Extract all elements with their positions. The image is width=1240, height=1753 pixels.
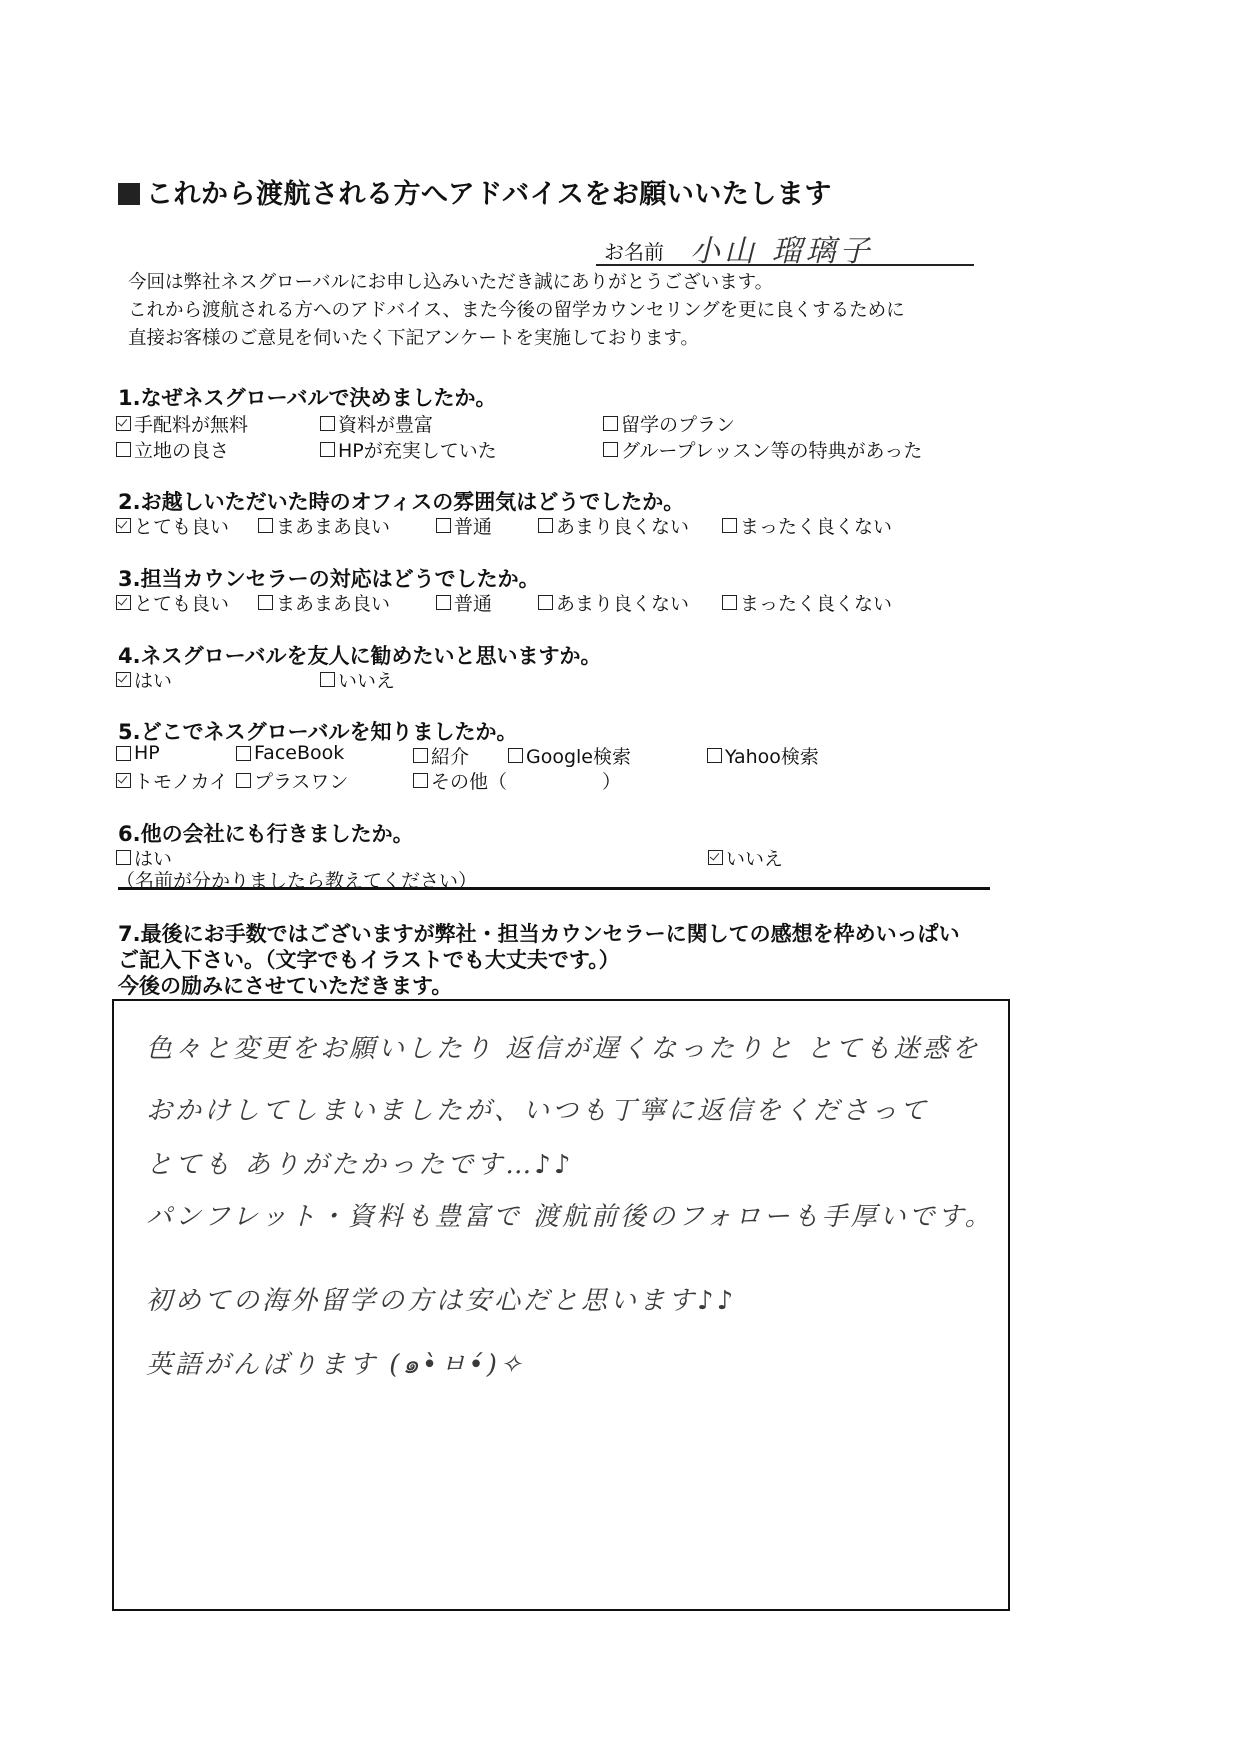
q2-option-normal[interactable]: 普通 xyxy=(436,512,492,539)
checkbox-icon[interactable] xyxy=(538,595,553,610)
option-label: 手配料が無料 xyxy=(134,410,248,437)
option-label: とても良い xyxy=(134,589,229,616)
option-label: まったく良くない xyxy=(740,512,892,539)
checkbox-checked-icon[interactable] xyxy=(116,416,131,431)
q2-option-not-good[interactable]: あまり良くない xyxy=(538,512,689,539)
checkbox-icon[interactable] xyxy=(603,442,618,457)
option-label: あまり良くない xyxy=(556,512,689,539)
checkbox-icon[interactable] xyxy=(436,595,451,610)
q5-option-facebook[interactable]: FaceBook xyxy=(236,742,344,764)
q5-option-hp[interactable]: HP xyxy=(116,742,160,764)
intro-line-2: これから渡航される方へのアドバイス、また今後の留学カウンセリングを更に良くするた… xyxy=(128,296,905,322)
option-label: まあまあ良い xyxy=(276,512,390,539)
intro-line-3: 直接お客様のご意見を伺いたく下記アンケートを実施しております。 xyxy=(128,324,699,350)
checkbox-icon[interactable] xyxy=(722,595,737,610)
q3-option-not-good-at-all[interactable]: まったく良くない xyxy=(722,589,892,616)
option-label: 普通 xyxy=(454,589,492,616)
comment-line-1: 色々と変更をお願いしたり 返信が遅くなったりと とても迷惑を xyxy=(146,1028,981,1065)
checkbox-icon[interactable] xyxy=(320,442,335,457)
option-label: とても良い xyxy=(134,512,229,539)
checkbox-icon[interactable] xyxy=(116,850,131,865)
option-label: 資料が豊富 xyxy=(338,410,433,437)
name-underline xyxy=(596,264,974,266)
q3-option-fairly-good[interactable]: まあまあ良い xyxy=(258,589,390,616)
checkbox-icon[interactable] xyxy=(436,518,451,533)
q3-option-not-good[interactable]: あまり良くない xyxy=(538,589,689,616)
checkbox-icon[interactable] xyxy=(258,518,273,533)
comment-line-4: パンフレット・資料も豊富で 渡航前後のフォローも手厚いです。 xyxy=(146,1196,994,1233)
q3-option-very-good[interactable]: とても良い xyxy=(116,589,229,616)
q4-option-no[interactable]: いいえ xyxy=(320,666,395,693)
option-label: 立地の良さ xyxy=(134,436,229,463)
checkbox-icon[interactable] xyxy=(236,773,251,788)
q5-option-other[interactable]: その他（ ） xyxy=(413,767,621,794)
q1-option-study-plan[interactable]: 留学のプラン xyxy=(603,410,735,437)
q5-option-yahoo[interactable]: Yahoo検索 xyxy=(707,742,819,769)
option-label: その他（ ） xyxy=(431,767,621,794)
option-label: 普通 xyxy=(454,512,492,539)
name-label: お名前 xyxy=(604,236,664,265)
checkbox-icon[interactable] xyxy=(413,773,428,788)
q5-option-referral[interactable]: 紹介 xyxy=(413,742,469,769)
q1-option-location[interactable]: 立地の良さ xyxy=(116,436,229,463)
option-label: Google検索 xyxy=(526,742,631,769)
comment-line-6: 英語がんばります (๑•̀ㅂ•́)✧ xyxy=(146,1344,525,1385)
option-label: 紹介 xyxy=(431,742,469,769)
q1-option-rich-materials[interactable]: 資料が豊富 xyxy=(320,410,433,437)
comment-line-5: 初めての海外留学の方は安心だと思います♪♪ xyxy=(146,1280,736,1317)
q1-option-hp[interactable]: HPが充実していた xyxy=(320,436,497,463)
option-label: いいえ xyxy=(726,844,783,871)
checkbox-checked-icon[interactable] xyxy=(708,850,723,865)
checkbox-checked-icon[interactable] xyxy=(116,773,131,788)
checkbox-icon[interactable] xyxy=(116,746,131,761)
option-label: FaceBook xyxy=(254,742,344,764)
question-1-title: 1.なぜネスグローバルで決めましたか。 xyxy=(118,382,497,412)
option-label: HPが充実していた xyxy=(338,436,497,463)
checkbox-checked-icon[interactable] xyxy=(116,518,131,533)
q1-option-free-fee[interactable]: 手配料が無料 xyxy=(116,410,248,437)
option-label: まあまあ良い xyxy=(276,589,390,616)
square-bullet-icon xyxy=(118,183,140,205)
page-title: これから渡航される方へアドバイスをお願いいたします xyxy=(118,172,832,211)
q6-answer-line xyxy=(118,887,990,890)
option-label: まったく良くない xyxy=(740,589,892,616)
q5-option-google[interactable]: Google検索 xyxy=(508,742,631,769)
option-label: Yahoo検索 xyxy=(725,742,819,769)
checkbox-icon[interactable] xyxy=(320,416,335,431)
option-label: 留学のプラン xyxy=(621,410,735,437)
q5-option-plus-one[interactable]: プラスワン xyxy=(236,767,348,794)
q2-option-fairly-good[interactable]: まあまあ良い xyxy=(258,512,390,539)
checkbox-icon[interactable] xyxy=(508,748,523,763)
option-label: あまり良くない xyxy=(556,589,689,616)
checkbox-icon[interactable] xyxy=(116,442,131,457)
q2-option-very-good[interactable]: とても良い xyxy=(116,512,229,539)
comment-line-2: おかけしてしまいましたが、いつも丁寧に返信をくださって xyxy=(146,1090,929,1127)
q2-option-not-good-at-all[interactable]: まったく良くない xyxy=(722,512,892,539)
page-title-text: これから渡航される方へアドバイスをお願いいたします xyxy=(146,179,832,210)
option-label: トモノカイ xyxy=(134,767,228,794)
option-label: プラスワン xyxy=(254,767,348,794)
checkbox-icon[interactable] xyxy=(236,746,251,761)
option-label: HP xyxy=(134,742,160,764)
option-label: グループレッスン等の特典があった xyxy=(621,436,922,463)
q4-option-yes[interactable]: はい xyxy=(116,666,172,693)
checkbox-checked-icon[interactable] xyxy=(116,672,131,687)
q1-option-group-lesson[interactable]: グループレッスン等の特典があった xyxy=(603,436,922,463)
checkbox-icon[interactable] xyxy=(413,748,428,763)
comment-line-3: とても ありがたかったです…♪♪ xyxy=(146,1144,573,1181)
checkbox-icon[interactable] xyxy=(722,518,737,533)
q3-option-normal[interactable]: 普通 xyxy=(436,589,492,616)
checkbox-icon[interactable] xyxy=(320,672,335,687)
option-label: いいえ xyxy=(338,666,395,693)
q5-option-tomonokai[interactable]: トモノカイ xyxy=(116,767,228,794)
checkbox-checked-icon[interactable] xyxy=(116,595,131,610)
checkbox-icon[interactable] xyxy=(538,518,553,533)
checkbox-icon[interactable] xyxy=(603,416,618,431)
option-label: はい xyxy=(134,666,172,693)
question-7-title-line-3: 今後の励みにさせていただきます。 xyxy=(118,970,452,1000)
checkbox-icon[interactable] xyxy=(707,748,722,763)
checkbox-icon[interactable] xyxy=(258,595,273,610)
intro-line-1: 今回は弊社ネスグローバルにお申し込みいただき誠にありがとうございます。 xyxy=(128,268,773,294)
q6-option-no[interactable]: いいえ xyxy=(708,844,783,871)
